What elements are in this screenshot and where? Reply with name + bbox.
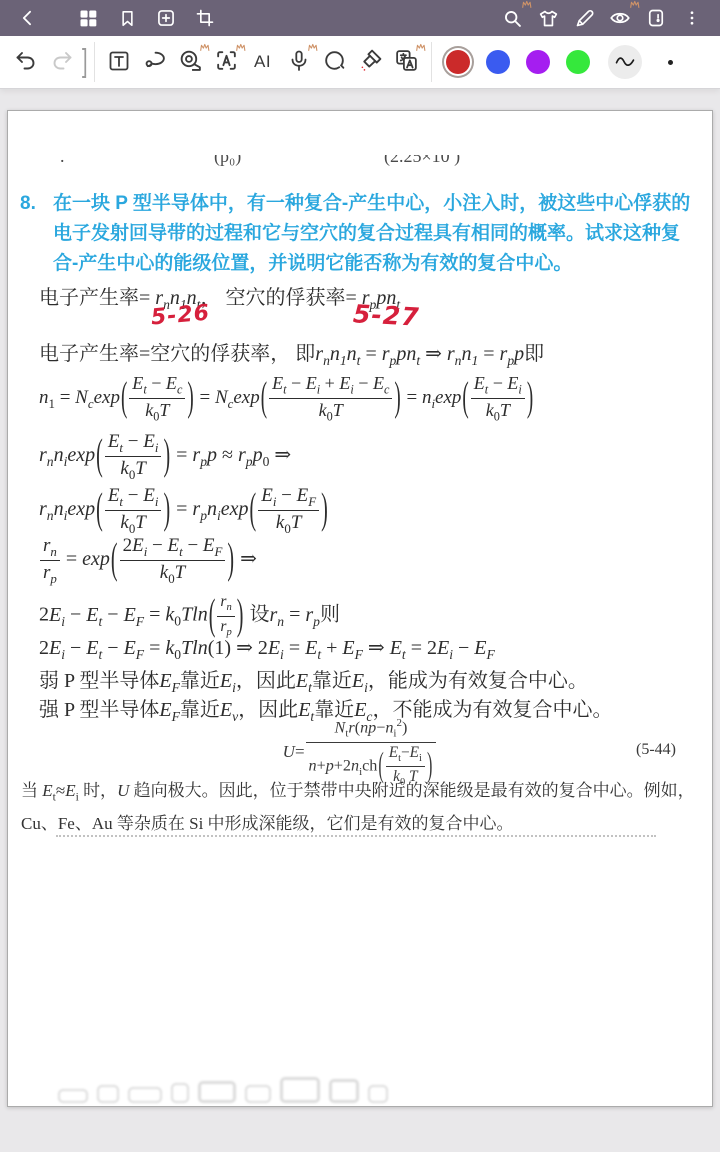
edit-toolbar: ] AI bbox=[0, 36, 720, 88]
pen-color-purple[interactable] bbox=[526, 50, 550, 74]
toolbar-divider bbox=[94, 42, 95, 82]
mic-tool-button[interactable] bbox=[282, 42, 316, 82]
ai-label: AI bbox=[254, 52, 271, 72]
lasso-tool-button[interactable] bbox=[138, 42, 172, 82]
edit-mode-button[interactable] bbox=[566, 2, 602, 34]
problem-text: 在一块 P 型半导体中，有一种复合-产生中心，小注入时，被这些中心俘获的电子发射… bbox=[53, 189, 692, 279]
bookmark-icon bbox=[118, 9, 137, 28]
add-page-icon bbox=[156, 8, 176, 28]
panel-handle[interactable]: ] bbox=[82, 44, 88, 81]
ai-tool-button[interactable]: AI bbox=[246, 42, 280, 82]
toolbar-divider bbox=[431, 42, 432, 82]
search-button[interactable] bbox=[494, 2, 530, 34]
knife-tool-button[interactable] bbox=[354, 42, 388, 82]
knife-icon bbox=[358, 48, 383, 76]
math-line: rnniexp(Et − Eik0T) = rpp ≈ rpp0 ⇒ bbox=[39, 431, 291, 482]
add-page-button[interactable] bbox=[148, 2, 184, 34]
shape-tool-button[interactable] bbox=[318, 42, 352, 82]
tape-icon bbox=[178, 48, 203, 76]
undo-button[interactable] bbox=[9, 42, 43, 82]
cropped-text-remnant bbox=[56, 835, 656, 837]
translate-tool-button[interactable] bbox=[390, 42, 424, 82]
math-line: rnniexp(Et − Eik0T) = rpniexp(Ei − EFk0T… bbox=[39, 485, 329, 536]
pen-color-red[interactable] bbox=[446, 50, 470, 74]
math-line: rnrp = exp(2Ei − Et − EFk0T) ⇒ bbox=[39, 535, 257, 586]
view-mode-button[interactable] bbox=[602, 2, 638, 34]
math-line: 2Ei − Et − EF = k0Tln(1) ⇒ 2Ei = Et + EF… bbox=[39, 635, 495, 663]
lasso-icon bbox=[142, 48, 167, 76]
bookmark-button[interactable] bbox=[109, 2, 145, 34]
crop-icon bbox=[195, 8, 215, 28]
pen-icon bbox=[574, 8, 595, 29]
back-chevron-icon bbox=[18, 8, 38, 28]
stroke-width-dot[interactable] bbox=[668, 60, 673, 65]
equation-fragment: (p₀) bbox=[214, 155, 241, 167]
document-page[interactable]: . (p₀) (2.25×10 ) 8. 在一块 P 型半导体中，有一种复合-产… bbox=[7, 110, 713, 1107]
translate-icon bbox=[394, 48, 419, 76]
ocr-tool-button[interactable] bbox=[210, 42, 244, 82]
math-line: 电子产生率=空穴的俘获率， 即rnn1nt = rppnt ⇒ rnn1 = r… bbox=[39, 337, 544, 369]
page-template-icon bbox=[646, 8, 666, 28]
page-template-button[interactable] bbox=[638, 2, 674, 34]
more-menu-button[interactable] bbox=[674, 2, 710, 34]
ocr-icon bbox=[214, 48, 239, 76]
back-button[interactable] bbox=[10, 2, 46, 34]
pages-overview-button[interactable] bbox=[70, 2, 106, 34]
clipped-equation-remnant: . (p₀) (2.25×10 ) bbox=[8, 155, 706, 171]
top-toolbar-right bbox=[494, 2, 710, 34]
problem-statement: 8. 在一块 P 型半导体中，有一种复合-产生中心，小注入时，被这些中心俘获的电… bbox=[20, 189, 692, 279]
search-icon bbox=[502, 8, 523, 29]
tape-tool-button[interactable] bbox=[174, 42, 208, 82]
ghost-watermark bbox=[58, 1075, 388, 1103]
handwritten-ref-5-27: 5-27 bbox=[352, 299, 420, 331]
textbook-paragraph: 当 Et≈Ei 时，U 趋向极大。因此，位于禁带中央附近的深能级是最有效的复合中… bbox=[21, 777, 705, 837]
handwritten-ref-5-26: 5-26 bbox=[150, 300, 211, 330]
equation-fragment: (2.25×10 ) bbox=[384, 155, 460, 167]
stroke-style-button[interactable] bbox=[608, 45, 642, 79]
math-line: 电子产生率= rnn1nt， 空穴的俘获率= rppnt bbox=[39, 281, 400, 313]
text-tool-icon bbox=[107, 49, 131, 76]
eye-icon bbox=[609, 7, 631, 29]
math-line: n1 = Ncexp(Et − Eck0T) = Ncexp(Et − Ei +… bbox=[39, 373, 534, 424]
crop-button[interactable] bbox=[187, 2, 223, 34]
equation-fragment: . bbox=[60, 155, 65, 167]
equation-label: (5-44) bbox=[636, 741, 676, 759]
redo-button[interactable] bbox=[45, 42, 79, 82]
math-line: 2Ei − Et − EF = k0Tln(rnrp) 设rn = rp则 bbox=[39, 593, 340, 639]
shape-circle-icon bbox=[322, 48, 347, 76]
math-line: 弱 P 型半导体EF靠近Ei，因此Et靠近Ei，能成为有效复合中心。 bbox=[39, 664, 588, 696]
pen-color-blue[interactable] bbox=[486, 50, 510, 74]
mic-icon bbox=[287, 49, 311, 76]
top-toolbar bbox=[0, 0, 720, 36]
problem-number: 8. bbox=[20, 189, 53, 279]
note-canvas: . (p₀) (2.25×10 ) 8. 在一块 P 型半导体中，有一种复合-产… bbox=[0, 88, 720, 1152]
more-dots-icon bbox=[683, 9, 701, 27]
tshirt-icon bbox=[538, 8, 559, 29]
pen-color-green[interactable] bbox=[566, 50, 590, 74]
grid-icon bbox=[78, 8, 98, 28]
squiggle-icon bbox=[614, 53, 636, 72]
theme-button[interactable] bbox=[530, 2, 566, 34]
redo-icon bbox=[50, 49, 74, 76]
undo-icon bbox=[14, 49, 38, 76]
text-tool-button[interactable] bbox=[102, 42, 136, 82]
top-toolbar-left bbox=[10, 2, 226, 34]
